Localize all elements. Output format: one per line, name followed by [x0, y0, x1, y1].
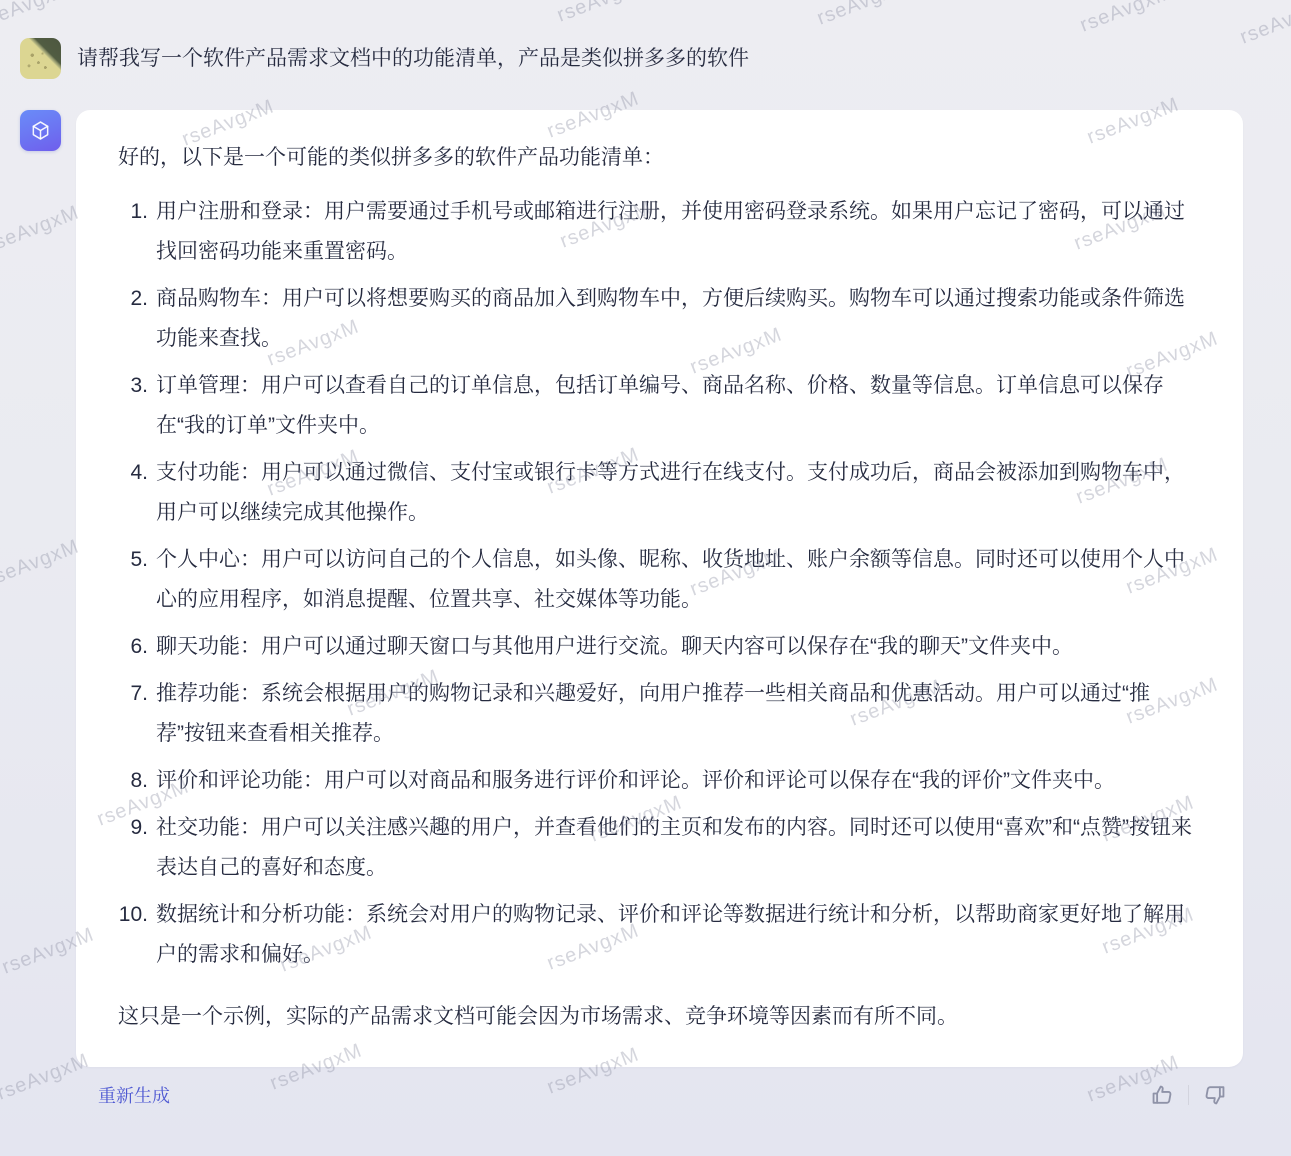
regenerate-button[interactable]: 重新生成 — [98, 1082, 170, 1108]
assistant-message-row: 好的，以下是一个可能的类似拼多多的软件产品功能清单： 1. 用户注册和登录：用户… — [0, 110, 1291, 1067]
user-message: 请帮我写一个软件产品需求文档中的功能清单，产品是类似拼多多的软件 — [77, 38, 749, 79]
thumb-down-icon — [1202, 1082, 1228, 1108]
list-item-number: 1. — [118, 192, 148, 272]
list-item-number: 10. — [118, 895, 148, 975]
thumb-up-button[interactable] — [1149, 1082, 1175, 1108]
list-item-text: 支付功能：用户可以通过微信、支付宝或银行卡等方式进行在线支付。支付成功后，商品会… — [156, 453, 1195, 533]
list-item: 4. 支付功能：用户可以通过微信、支付宝或银行卡等方式进行在线支付。支付成功后，… — [118, 453, 1195, 533]
list-item-number: 2. — [118, 279, 148, 359]
assistant-intro-text: 好的，以下是一个可能的类似拼多多的软件产品功能清单： — [118, 138, 1195, 178]
feedback-divider — [1188, 1085, 1189, 1105]
list-item-text: 推荐功能：系统会根据用户的购物记录和兴趣爱好，向用户推荐一些相关商品和优惠活动。… — [156, 674, 1195, 754]
list-item-text: 用户注册和登录：用户需要通过手机号或邮箱进行注册，并使用密码登录系统。如果用户忘… — [156, 192, 1195, 272]
user-message-row: 请帮我写一个软件产品需求文档中的功能清单，产品是类似拼多多的软件 — [0, 0, 1291, 79]
thumb-up-icon — [1149, 1082, 1175, 1108]
list-item: 7. 推荐功能：系统会根据用户的购物记录和兴趣爱好，向用户推荐一些相关商品和优惠… — [118, 674, 1195, 754]
list-item: 1. 用户注册和登录：用户需要通过手机号或邮箱进行注册，并使用密码登录系统。如果… — [118, 192, 1195, 272]
list-item: 5. 个人中心：用户可以访问自己的个人信息，如头像、昵称、收货地址、账户余额等信… — [118, 540, 1195, 620]
list-item: 9. 社交功能：用户可以关注感兴趣的用户，并查看他们的主页和发布的内容。同时还可… — [118, 808, 1195, 888]
chat-conversation: 请帮我写一个软件产品需求文档中的功能清单，产品是类似拼多多的软件 好的，以下是一… — [0, 0, 1291, 1108]
assistant-closing-text: 这只是一个示例，实际的产品需求文档可能会因为市场需求、竞争环境等因素而有所不同。 — [118, 997, 1195, 1037]
list-item: 3. 订单管理：用户可以查看自己的订单信息，包括订单编号、商品名称、价格、数量等… — [118, 366, 1195, 446]
list-item-number: 8. — [118, 761, 148, 801]
list-item-number: 6. — [118, 627, 148, 667]
list-item: 8. 评价和评论功能：用户可以对商品和服务进行评价和评论。评价和评论可以保存在“… — [118, 761, 1195, 801]
list-item-number: 5. — [118, 540, 148, 620]
assistant-avatar — [20, 110, 61, 151]
list-item-text: 订单管理：用户可以查看自己的订单信息，包括订单编号、商品名称、价格、数量等信息。… — [156, 366, 1195, 446]
list-item: 2. 商品购物车：用户可以将想要购买的商品加入到购物车中，方便后续购买。购物车可… — [118, 279, 1195, 359]
list-item-text: 聊天功能：用户可以通过聊天窗口与其他用户进行交流。聊天内容可以保存在“我的聊天”… — [156, 627, 1195, 667]
feedback-buttons — [1149, 1082, 1228, 1108]
feature-list: 1. 用户注册和登录：用户需要通过手机号或邮箱进行注册，并使用密码登录系统。如果… — [118, 192, 1195, 975]
list-item-number: 9. — [118, 808, 148, 888]
list-item-text: 个人中心：用户可以访问自己的个人信息，如头像、昵称、收货地址、账户余额等信息。同… — [156, 540, 1195, 620]
list-item-number: 4. — [118, 453, 148, 533]
thumb-down-button[interactable] — [1202, 1082, 1228, 1108]
user-avatar — [20, 38, 61, 79]
list-item: 10. 数据统计和分析功能：系统会对用户的购物记录、评价和评论等数据进行统计和分… — [118, 895, 1195, 975]
list-item-text: 评价和评论功能：用户可以对商品和服务进行评价和评论。评价和评论可以保存在“我的评… — [156, 761, 1195, 801]
assistant-message-bubble: 好的，以下是一个可能的类似拼多多的软件产品功能清单： 1. 用户注册和登录：用户… — [76, 110, 1243, 1067]
list-item-number: 3. — [118, 366, 148, 446]
assistant-logo-icon — [27, 117, 54, 144]
list-item-text: 数据统计和分析功能：系统会对用户的购物记录、评价和评论等数据进行统计和分析，以帮… — [156, 895, 1195, 975]
list-item: 6. 聊天功能：用户可以通过聊天窗口与其他用户进行交流。聊天内容可以保存在“我的… — [118, 627, 1195, 667]
list-item-text: 商品购物车：用户可以将想要购买的商品加入到购物车中，方便后续购买。购物车可以通过… — [156, 279, 1195, 359]
list-item-text: 社交功能：用户可以关注感兴趣的用户，并查看他们的主页和发布的内容。同时还可以使用… — [156, 808, 1195, 888]
list-item-number: 7. — [118, 674, 148, 754]
message-actions-row: 重新生成 — [98, 1082, 1228, 1108]
